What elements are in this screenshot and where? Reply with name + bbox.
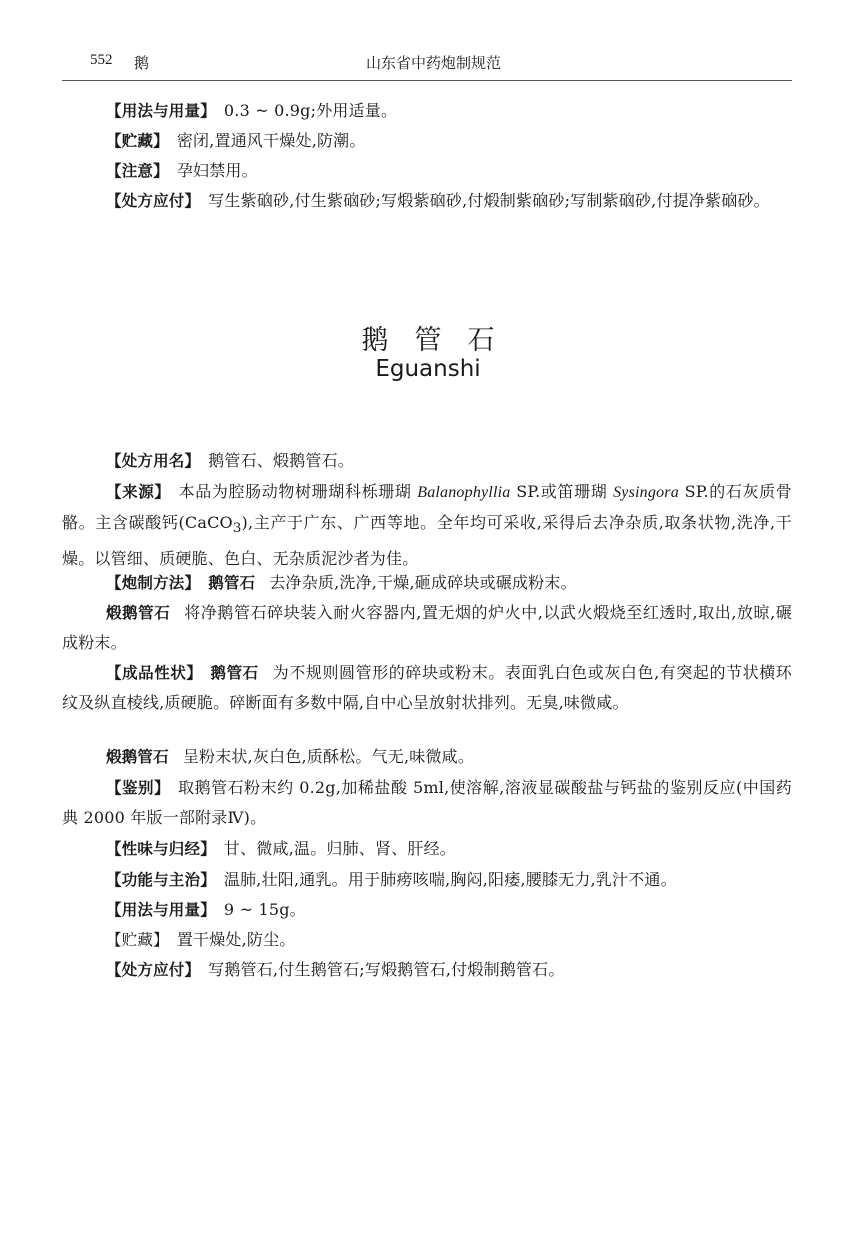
page-header: 552 鹅 山东省中药炮制规范	[90, 52, 788, 74]
label: 【处方用名】	[106, 452, 200, 470]
label: 【贮藏】	[106, 132, 169, 150]
entry-character-calcined: 煅鹅管石呈粉末状,灰白色,质酥松。气无,味微咸。	[62, 742, 792, 772]
label: 【功能与主治】	[106, 871, 216, 889]
running-head: 鹅	[134, 52, 149, 73]
prev-caution: 【注意】孕妇禁用。	[62, 156, 792, 186]
entry-prescription: 【处方应付】写鹅管石,付生鹅管石;写煅鹅管石,付煅制鹅管石。	[62, 955, 792, 985]
label: 【贮藏】	[106, 931, 169, 949]
entry-processing-calcined: 煅鹅管石将净鹅管石碎块装入耐火容器内,置无烟的炉火中,以武火煅烧至红透时,取出,…	[62, 598, 792, 658]
label: 【来源】	[106, 483, 171, 501]
page-number: 552	[90, 52, 113, 69]
label: 【炮制方法】	[106, 574, 200, 592]
book-title: 山东省中药炮制规范	[366, 52, 501, 73]
entry-processing: 【炮制方法】鹅管石去净杂质,洗净,干燥,砸成碎块或碾成粉末。	[62, 568, 792, 598]
entry-function: 【功能与主治】温肺,壮阳,通乳。用于肺痨咳喘,胸闷,阳痿,腰膝无力,乳汁不通。	[62, 865, 792, 895]
entry-usage: 【用法与用量】9 ~ 15g。	[62, 895, 792, 925]
label: 【处方应付】	[106, 961, 200, 979]
entry-character: 【成品性状】鹅管石为不规则圆管形的碎块或粉末。表面乳白色或灰白色,有突起的节状横…	[62, 658, 792, 718]
entry-storage: 【贮藏】置干燥处,防尘。	[62, 925, 792, 955]
label: 【处方应付】	[106, 192, 200, 210]
entry-names: 【处方用名】鹅管石、煅鹅管石。	[62, 446, 792, 476]
label: 【用法与用量】	[106, 102, 216, 120]
label: 【用法与用量】	[106, 901, 216, 919]
label: 【成品性状】	[106, 664, 202, 682]
label: 【注意】	[106, 162, 169, 180]
prev-storage: 【贮藏】密闭,置通风干燥处,防潮。	[62, 126, 792, 156]
entry-identification: 【鉴别】取鹅管石粉末约 0.2g,加稀盐酸 5ml,使溶解,溶液显碳酸盐与钙盐的…	[62, 773, 792, 833]
label: 【性味与归经】	[106, 840, 216, 858]
entry-source: 【来源】本品为腔肠动物树珊瑚科栎珊瑚 Balanophyllia SP.或笛珊瑚…	[62, 477, 792, 574]
entry-nature: 【性味与归经】甘、微咸,温。归肺、肾、肝经。	[62, 834, 792, 864]
prev-prescription: 【处方应付】写生紫硇砂,付生紫硇砂;写煅紫硇砂,付煅制紫硇砂;写制紫硇砂,付提净…	[62, 186, 792, 216]
header-rule	[62, 80, 792, 81]
entry-pinyin: Eguanshi	[0, 356, 856, 382]
label: 【鉴别】	[106, 779, 170, 797]
entry-title: 鹅管石	[0, 318, 856, 357]
prev-usage: 【用法与用量】0.3 ~ 0.9g;外用适量。	[62, 96, 792, 126]
